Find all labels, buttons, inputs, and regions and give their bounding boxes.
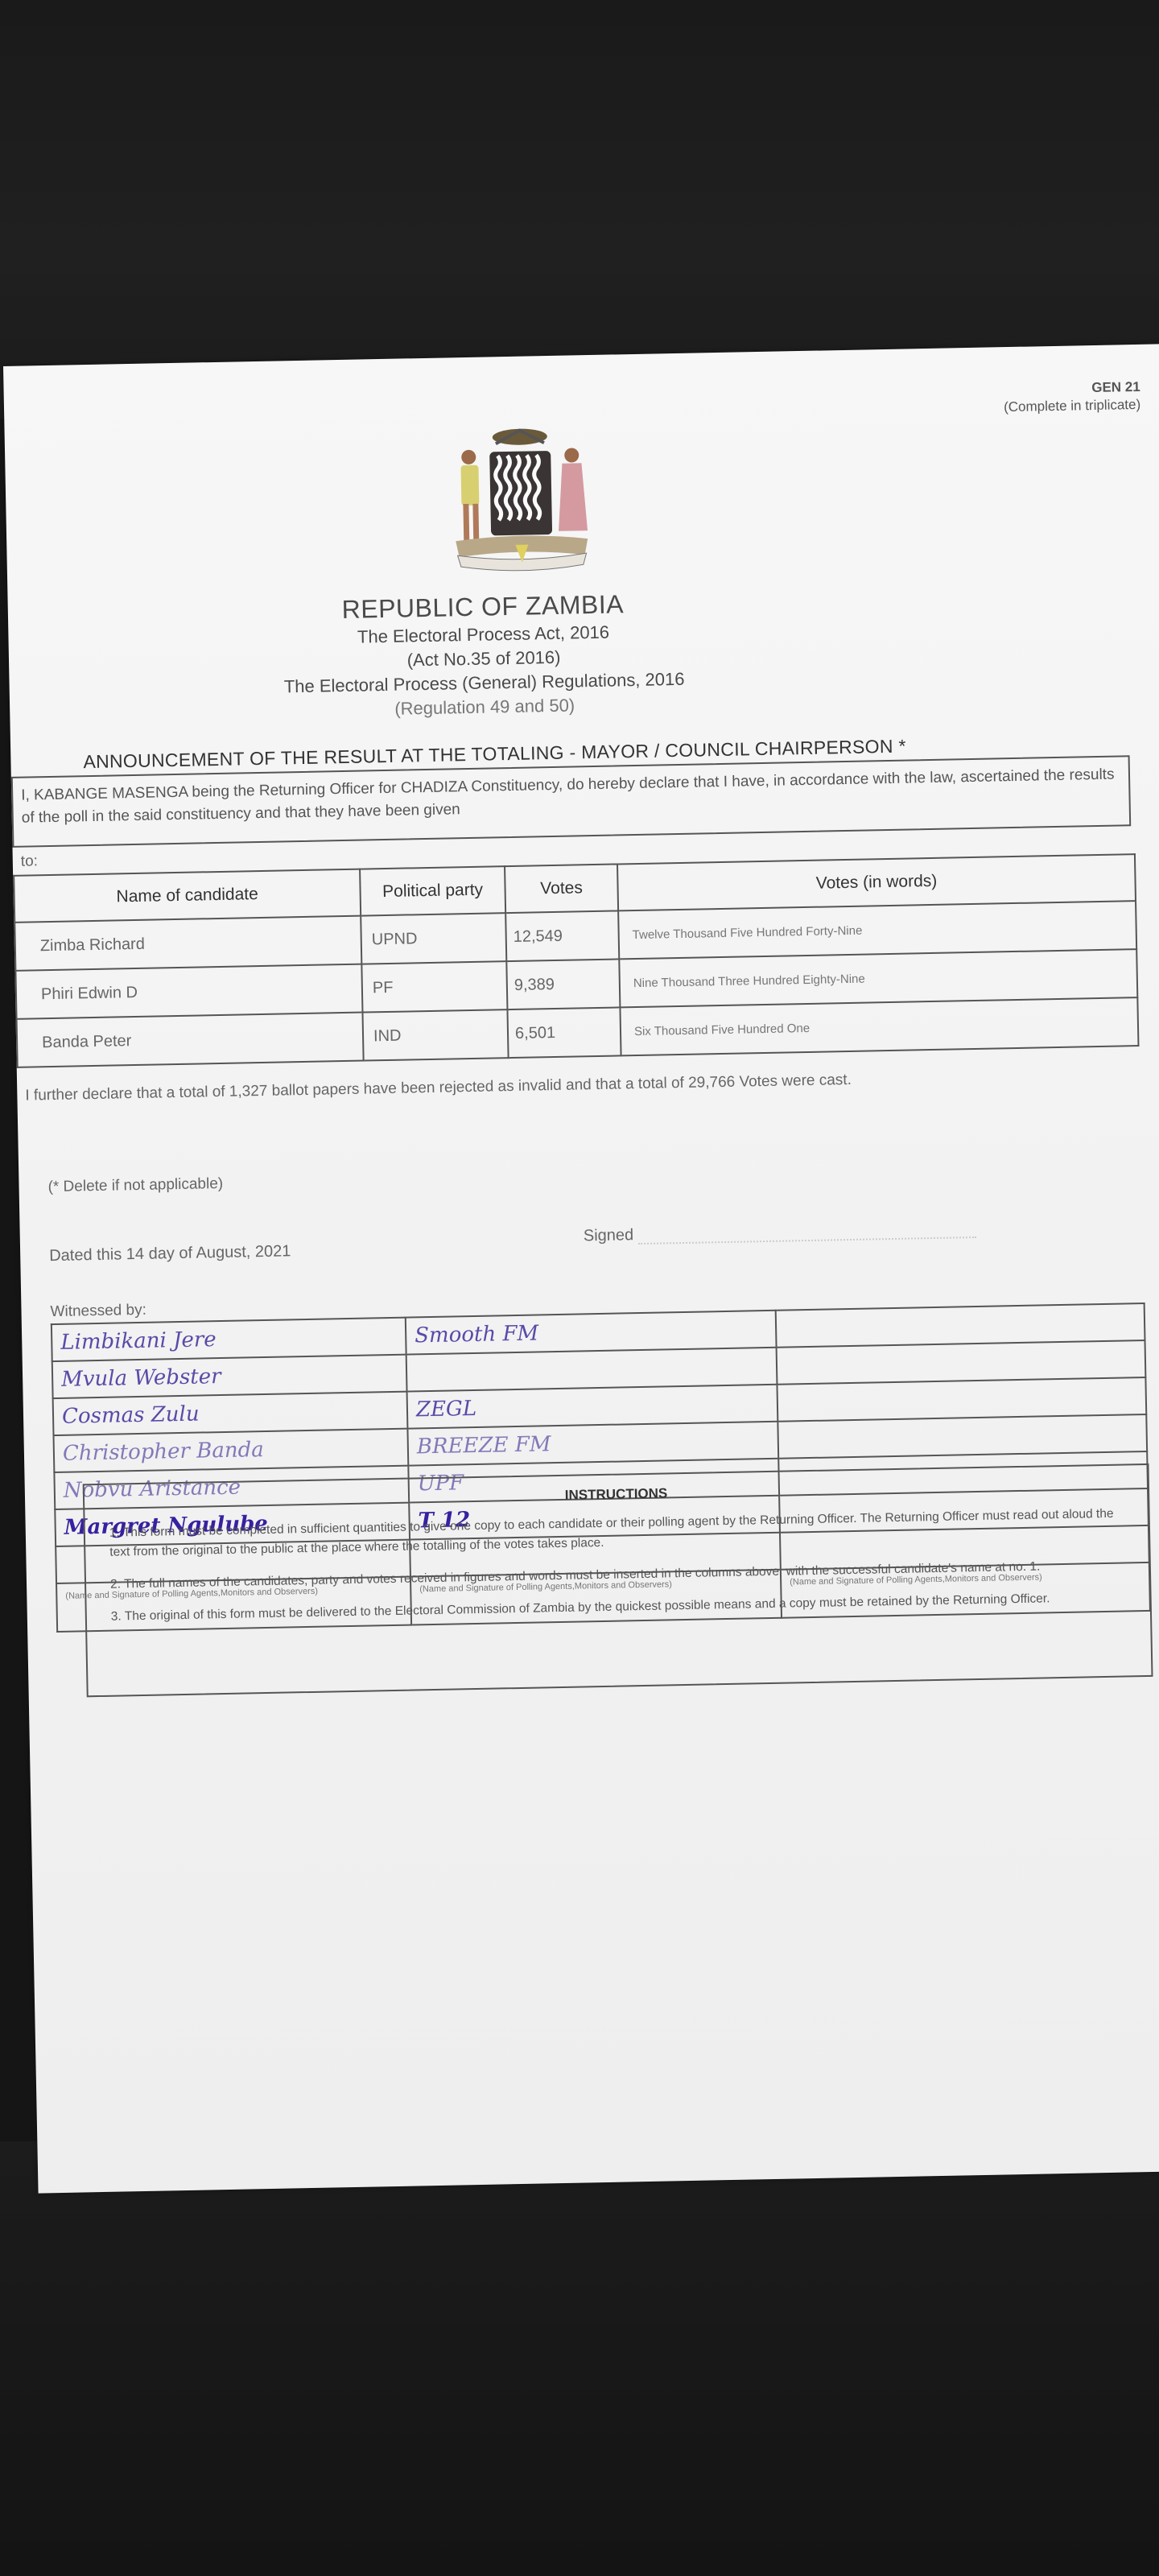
handwritten-text: Mvula Webster — [61, 1364, 221, 1392]
form-note: (Complete in triplicate) — [1004, 396, 1140, 416]
instruction-item: 1. This form must be completed in suffic… — [109, 1505, 1125, 1563]
candidate-votes: 9,389 — [506, 959, 620, 1009]
candidate-party: PF — [361, 961, 507, 1012]
zambia-coat-of-arms-icon — [439, 418, 603, 582]
candidate-name: Phiri Edwin D — [15, 964, 362, 1019]
witnessed-by-label: Witnessed by: — [50, 1302, 146, 1321]
form-code: GEN 21 — [1004, 378, 1140, 398]
delete-note: (* Delete if not applicable) — [47, 1175, 223, 1196]
signature-field: Signed — [584, 1220, 977, 1245]
further-declaration: I further declare that a total of 1,327 … — [25, 1063, 1144, 1108]
handwritten-text: Cosmas Zulu — [62, 1402, 200, 1429]
date-line: Dated this 14 day of August, 2021 — [49, 1242, 291, 1265]
result-form-document: GEN 21 (Complete in triplicate) — [3, 344, 1159, 2194]
handwritten-text: Christopher Banda — [63, 1438, 264, 1466]
candidate-name: Banda Peter — [17, 1013, 364, 1067]
candidate-votes: 6,501 — [507, 1007, 621, 1058]
header-votes: Votes — [505, 864, 618, 913]
declaration-to: to: — [21, 852, 39, 870]
header-party: Political party — [360, 866, 505, 915]
candidate-party: IND — [362, 1009, 508, 1060]
results-table: Name of candidate Political party Votes … — [13, 853, 1139, 1068]
header-candidate: Name of candidate — [14, 869, 361, 923]
signature-line — [638, 1236, 976, 1245]
form-code-block: GEN 21 (Complete in triplicate) — [1004, 378, 1141, 416]
handwritten-text: Limbikani Jere — [60, 1327, 217, 1355]
instructions-box: INSTRUCTIONS 1. This form must be comple… — [83, 1463, 1153, 1697]
handwritten-text: BREEZE FM — [417, 1432, 551, 1459]
instruction-item: 3. The original of this form must be del… — [111, 1588, 1126, 1627]
candidate-name: Zimba Richard — [14, 916, 361, 971]
title-block: REPUBLIC OF ZAMBIA The Electoral Process… — [161, 584, 807, 725]
instruction-item: 2. The full names of the candidates, par… — [110, 1556, 1125, 1595]
candidate-party: UPND — [361, 913, 506, 964]
signed-label: Signed — [584, 1226, 634, 1245]
handwritten-text: ZEGL — [416, 1397, 477, 1422]
background-bottom — [0, 2141, 1159, 2576]
candidate-votes-words: Six Thousand Five Hundred One — [620, 997, 1138, 1055]
candidate-votes: 12,549 — [505, 910, 619, 961]
handwritten-text: Smooth FM — [415, 1321, 538, 1348]
